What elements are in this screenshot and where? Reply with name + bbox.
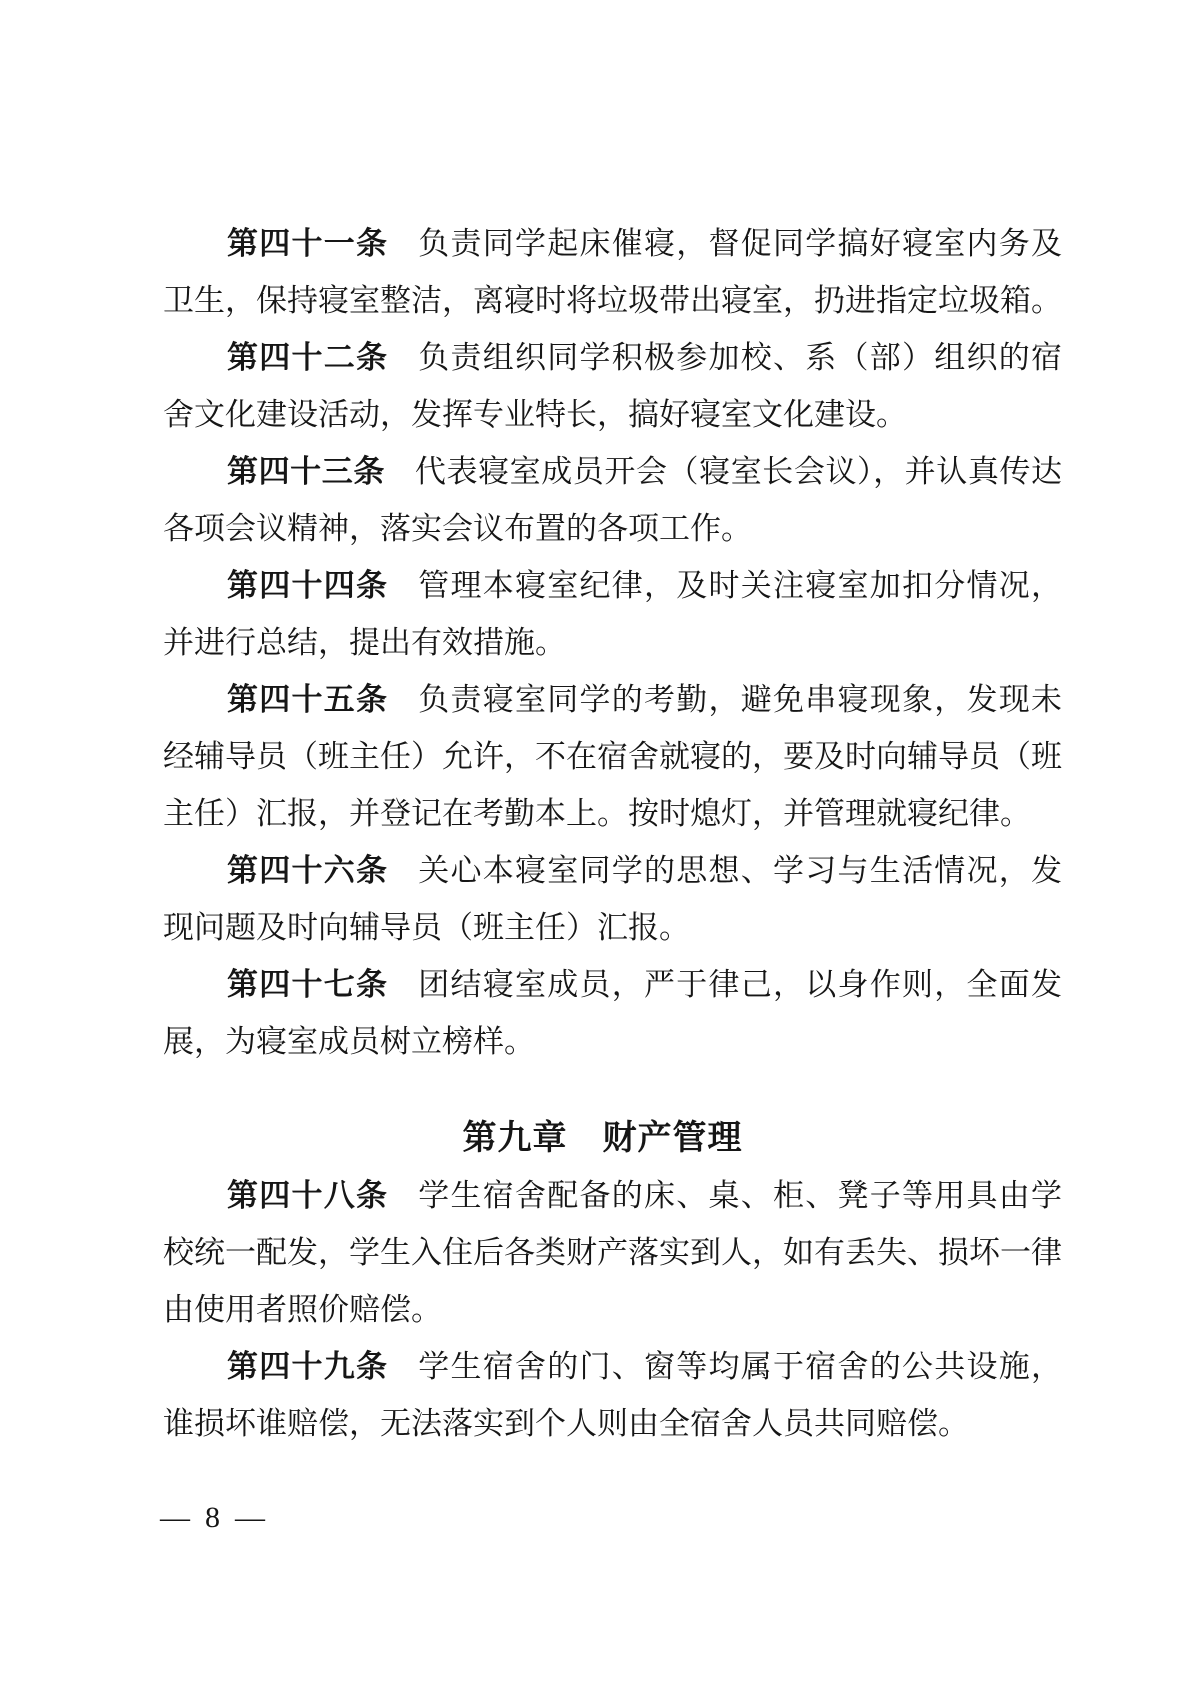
article-number-label: 第四十五条 <box>227 682 388 717</box>
article-number-label: 第四十三条 <box>227 454 385 489</box>
document-body: 第四十一条负责同学起床催寝，督促同学搞好寝室内务及卫生，保持寝室整洁，离寝时将垃… <box>163 215 1062 1452</box>
article-number-label: 第四十八条 <box>227 1178 388 1213</box>
article-paragraph: 第四十九条学生宿舍的门、窗等均属于宿舍的公共设施，谁损坏谁赔偿，无法落实到个人则… <box>163 1338 1062 1452</box>
article-paragraph: 第四十七条团结寝室成员，严于律己，以身作则，全面发展，为寝室成员树立榜样。 <box>163 956 1062 1070</box>
article-paragraph: 第四十八条学生宿舍配备的床、桌、柜、凳子等用具由学校统一配发，学生入住后各类财产… <box>163 1167 1062 1338</box>
articles-section-chapter-9: 第四十八条学生宿舍配备的床、桌、柜、凳子等用具由学校统一配发，学生入住后各类财产… <box>163 1167 1062 1452</box>
article-number-label: 第四十九条 <box>227 1349 388 1384</box>
article-paragraph: 第四十三条代表寝室成员开会（寝室长会议），并认真传达各项会议精神，落实会议布置的… <box>163 443 1062 557</box>
article-number-label: 第四十七条 <box>227 967 388 1002</box>
article-number-label: 第四十四条 <box>227 568 388 603</box>
chapter-heading: 第九章 财产管理 <box>163 1110 1062 1167</box>
page-footer: — 8 — <box>160 1500 265 1536</box>
article-paragraph: 第四十一条负责同学起床催寝，督促同学搞好寝室内务及卫生，保持寝室整洁，离寝时将垃… <box>163 215 1062 329</box>
page-number: 8 <box>205 1500 220 1536</box>
article-paragraph: 第四十六条关心本寝室同学的思想、学习与生活情况，发现问题及时向辅导员（班主任）汇… <box>163 842 1062 956</box>
articles-section-chapter-8: 第四十一条负责同学起床催寝，督促同学搞好寝室内务及卫生，保持寝室整洁，离寝时将垃… <box>163 215 1062 1070</box>
article-paragraph: 第四十四条管理本寝室纪律，及时关注寝室加扣分情况，并进行总结，提出有效措施。 <box>163 557 1062 671</box>
article-number-label: 第四十二条 <box>227 340 388 375</box>
article-number-label: 第四十六条 <box>227 853 388 888</box>
article-paragraph: 第四十五条负责寝室同学的考勤，避免串寝现象，发现未经辅导员（班主任）允许，不在宿… <box>163 671 1062 842</box>
document-page: 第四十一条负责同学起床催寝，督促同学搞好寝室内务及卫生，保持寝室整洁，离寝时将垃… <box>0 0 1191 1684</box>
article-paragraph: 第四十二条负责组织同学积极参加校、系（部）组织的宿舍文化建设活动，发挥专业特长，… <box>163 329 1062 443</box>
footer-dash-right: — <box>235 1500 265 1536</box>
article-number-label: 第四十一条 <box>227 226 388 261</box>
footer-dash-left: — <box>160 1500 190 1536</box>
